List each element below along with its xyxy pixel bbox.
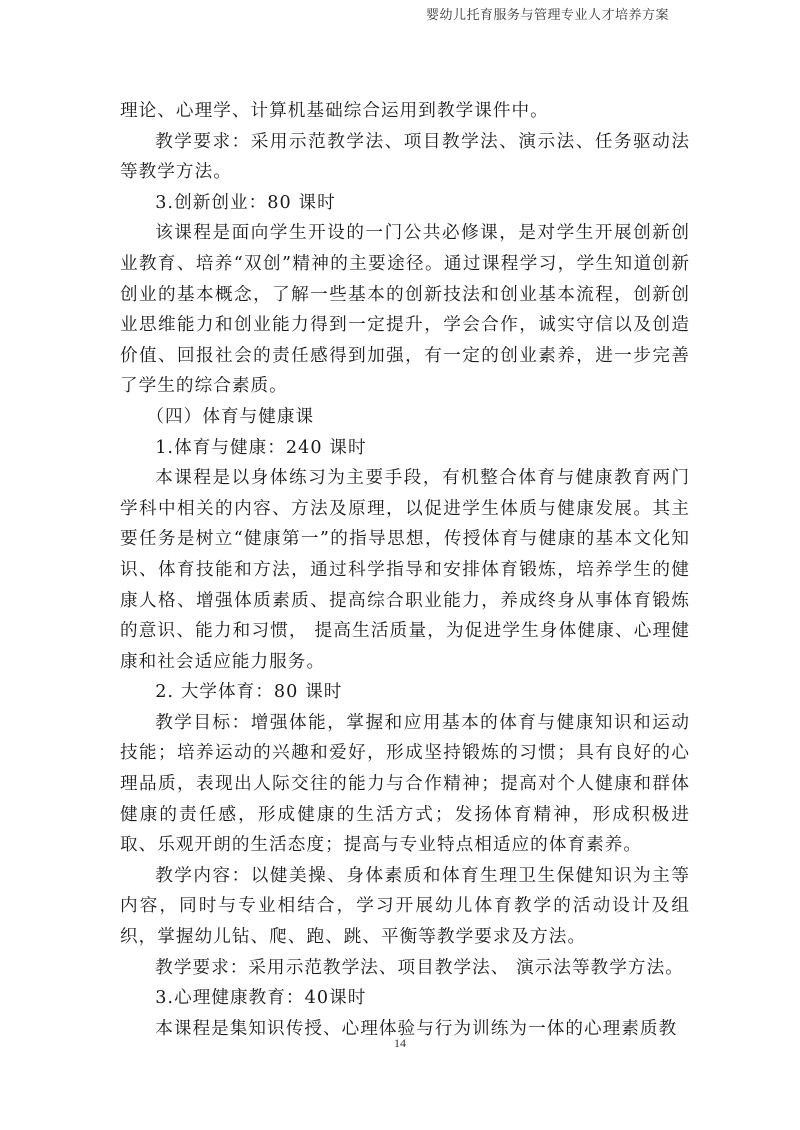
heading-innovation-entrepreneurship: 3.创新创业：80 课时 — [120, 188, 690, 219]
heading-mental-health: 3.心理健康教育：40课时 — [120, 983, 690, 1014]
paragraph-teaching-requirements-pe: 教学要求：采用示范教学法、项目教学法、 演示法等教学方法。 — [120, 953, 690, 984]
paragraph-continuation: 理论、心理学、计算机基础综合运用到教学课件中。 — [120, 96, 690, 127]
paragraph-innovation-description: 该课程是面向学生开设的一门公共必修课，是对学生开展创新创业教育、培养“双创”精神… — [120, 218, 690, 402]
paragraph-teaching-requirements: 教学要求：采用示范教学法、项目教学法、演示法、任务驱动法等教学方法。 — [120, 127, 690, 188]
paragraph-teaching-content: 教学内容：以健美操、身体素质和体育生理卫生保健知识为主等内容，同时与专业相结合，… — [120, 861, 690, 953]
heading-college-pe: 2. 大学体育：80 课时 — [120, 677, 690, 708]
page-header-title: 婴幼儿托育服务与管理专业人才培养方案 — [426, 4, 669, 23]
document-body: 理论、心理学、计算机基础综合运用到教学课件中。 教学要求：采用示范教学法、项目教… — [120, 96, 690, 1044]
paragraph-teaching-goals: 教学目标：增强体能，掌握和应用基本的体育与健康知识和运动技能；培养运动的兴趣和爱… — [120, 708, 690, 861]
section-heading-pe-health: （四）体育与健康课 — [120, 402, 690, 433]
paragraph-pe-health-description: 本课程是以身体练习为主要手段，有机整合体育与健康教育两门学科中相关的内容、方法及… — [120, 463, 690, 677]
page-number: 14 — [0, 1036, 800, 1051]
heading-pe-and-health: 1.体育与健康：240 课时 — [120, 433, 690, 464]
